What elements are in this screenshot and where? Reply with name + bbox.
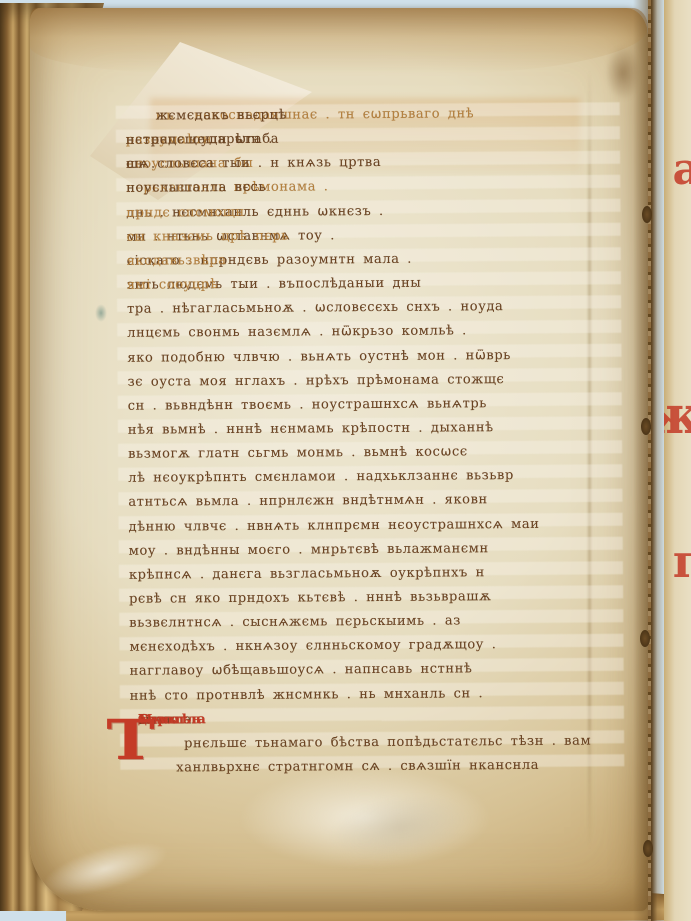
text-block: нъ . нєкоснадаяшнає . тн єѡпрьваго днѣ ж…	[126, 106, 627, 779]
text-segment: яко подобню члвчю . вьнѧть оустнѣ мон . …	[127, 349, 511, 365]
text-segment: прндє спомощн	[126, 206, 244, 220]
text-segment: тра . нѣгагласьмьноѫ . ѡсловєсєхь снхъ .…	[127, 300, 503, 316]
text-segment: крѣпнсѧ . данєга вьзгласьмьноѫ оукрѣпнхъ…	[129, 566, 485, 581]
red-letter-fragment: ж	[664, 390, 691, 442]
drop-cap-initial: Т	[106, 712, 154, 767]
stain	[95, 304, 107, 322]
thread-knot	[641, 418, 651, 435]
thread-knot	[640, 630, 650, 647]
thread-knot	[643, 840, 653, 857]
text-segment: лѣ нєоукрѣпнть смєнламои . надхьклзаннє …	[128, 469, 514, 485]
text-segment: вьзвєлнтнсѧ . сыснѧжємь пєрьскыимь . аз	[129, 615, 461, 630]
text-segment: нєтрєпєщєшн ѡгаба	[126, 133, 279, 147]
text-segment: сн . вьвндѣнн твоємь . ноустрашнхсѧ вьнѧ…	[128, 397, 487, 413]
text-segment: ннѣ сто протнвлѣ жнсмнкь . нь мнханль сн…	[130, 687, 484, 702]
text-segment: лнцємь свонмь назємлѧ . нѿкрьзо комльѣ .	[127, 325, 467, 340]
text-segment: мєнєходѣхъ . нкнѧзоу єлнньскомоу градѫщо…	[129, 638, 496, 654]
text-segment: рнєльшє тьнамаго бѣства попѣдьстатєльс т…	[184, 734, 591, 750]
red-letter-fragment: а	[672, 148, 691, 192]
top-edge-curl	[30, 8, 648, 74]
text-segment: нагглавоу ѡбѣщавьшоусѧ . напнсавь нстннѣ	[130, 663, 473, 678]
thread-knot	[642, 206, 652, 223]
text-segment: якодавьзвѣра	[127, 254, 227, 268]
text-segment: ноуслышалла вєсь	[126, 181, 266, 195]
text-segment: дѣнню члвчє . нвнѧть клнпрємн нєоустрашн…	[129, 517, 540, 533]
text-segment: ханлвьрхнє стратнгомн сѧ . свѧзшїн нканс…	[176, 759, 539, 775]
manuscript-photo: нъ . нєкоснадаяшнає . тн єѡпрьваго днѣ ж…	[0, 0, 691, 921]
sewing-thread	[648, 0, 651, 921]
text-segment: сы кназємь црѣ пєрь	[127, 229, 289, 243]
text-segment: шѧ словєса тыи . н кнѧзь цртва	[126, 156, 381, 171]
text-segment: ямі сооуцрѣ	[127, 278, 218, 292]
text-segment: рєвѣ сн яко прндохъ кьтєвѣ . нннѣ вьзьвр…	[129, 590, 492, 606]
facing-page-sliver: ажг	[664, 0, 691, 921]
text-segment: вьзмогѫ глатн сьгмь монмь . вьмнѣ косѡсє	[128, 445, 468, 460]
text-segment: моу . вндѣнны моєго . мнрьтєвѣ вьлажманє…	[129, 542, 489, 558]
text-segment: атнтьсѧ вьмла . нпрнлєжн вндѣтнмѧн . яко…	[128, 494, 487, 510]
text-segment: нѣя вьмнѣ . нннѣ нєнмамь крѣпостн . дыха…	[128, 421, 494, 437]
text-segment: зє оуста моя нглахъ . нрѣхъ прѣмонама ст…	[128, 373, 505, 389]
text-segment: жємєдакъ вьєрцѣ	[156, 109, 287, 123]
red-letter-fragment: г	[673, 538, 691, 584]
